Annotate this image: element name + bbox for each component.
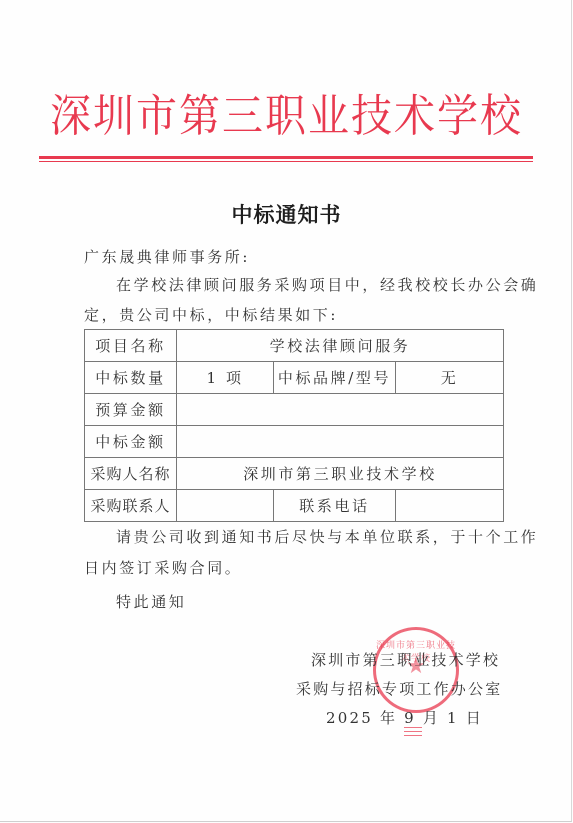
signature-org-line-2: 采购与招标专项工作办公室 bbox=[296, 678, 502, 699]
intro-line-1: 在学校法律顾问服务采购项目中，经我校校长办公会确 bbox=[116, 274, 538, 295]
row-value: 深圳市第三职业技术学校 bbox=[177, 458, 504, 490]
table-row: 采购人名称 深圳市第三职业技术学校 bbox=[85, 458, 504, 490]
signature-org-line-1: 深圳市第三职业技术学校 bbox=[311, 649, 500, 670]
award-result-table: 项目名称 学校法律顾问服务 中标数量 1 项 中标品牌/型号 无 预算金额 中标… bbox=[84, 329, 504, 522]
seal-mark-bars bbox=[404, 727, 422, 739]
row-value: 1 项 bbox=[177, 362, 274, 394]
signature-date: 2025 年 9 月 1 日 bbox=[326, 707, 483, 728]
letterhead-title: 深圳市第三职业技术学校 bbox=[0, 90, 573, 142]
row-value-2 bbox=[396, 490, 504, 522]
row-label-2: 联系电话 bbox=[274, 490, 396, 522]
row-label: 预算金额 bbox=[85, 394, 177, 426]
table-row: 中标数量 1 项 中标品牌/型号 无 bbox=[85, 362, 504, 394]
row-value bbox=[177, 426, 504, 458]
row-label: 采购联系人 bbox=[85, 490, 177, 522]
letterhead-rule-thick bbox=[39, 156, 533, 159]
letterhead-rule-thin bbox=[39, 161, 533, 162]
row-value-2: 无 bbox=[396, 362, 504, 394]
table-row: 项目名称 学校法律顾问服务 bbox=[85, 330, 504, 362]
table-row: 中标金额 bbox=[85, 426, 504, 458]
document-page: 深圳市第三职业技术学校 中标通知书 广东晟典律师事务所: 在学校法律顾问服务采购… bbox=[0, 0, 572, 822]
closing-line-2: 日内签订采购合同。 bbox=[84, 557, 242, 578]
table-row: 采购联系人 联系电话 bbox=[85, 490, 504, 522]
row-value: 学校法律顾问服务 bbox=[177, 330, 504, 362]
closing-line-1: 请贵公司收到通知书后尽快与本单位联系，于十个工作 bbox=[116, 526, 538, 547]
row-label: 中标金额 bbox=[85, 426, 177, 458]
row-label: 采购人名称 bbox=[85, 458, 177, 490]
official-seal: 深圳市第三职业技术学校 ★ bbox=[373, 627, 459, 713]
row-value bbox=[177, 490, 274, 522]
document-title: 中标通知书 bbox=[0, 199, 573, 229]
row-label-2: 中标品牌/型号 bbox=[274, 362, 396, 394]
intro-line-2: 定，贵公司中标，中标结果如下: bbox=[84, 304, 338, 325]
row-label: 中标数量 bbox=[85, 362, 177, 394]
row-label: 项目名称 bbox=[85, 330, 177, 362]
addressee: 广东晟典律师事务所: bbox=[84, 246, 250, 267]
row-value bbox=[177, 394, 504, 426]
table-row: 预算金额 bbox=[85, 394, 504, 426]
notice-text: 特此通知 bbox=[116, 591, 186, 612]
